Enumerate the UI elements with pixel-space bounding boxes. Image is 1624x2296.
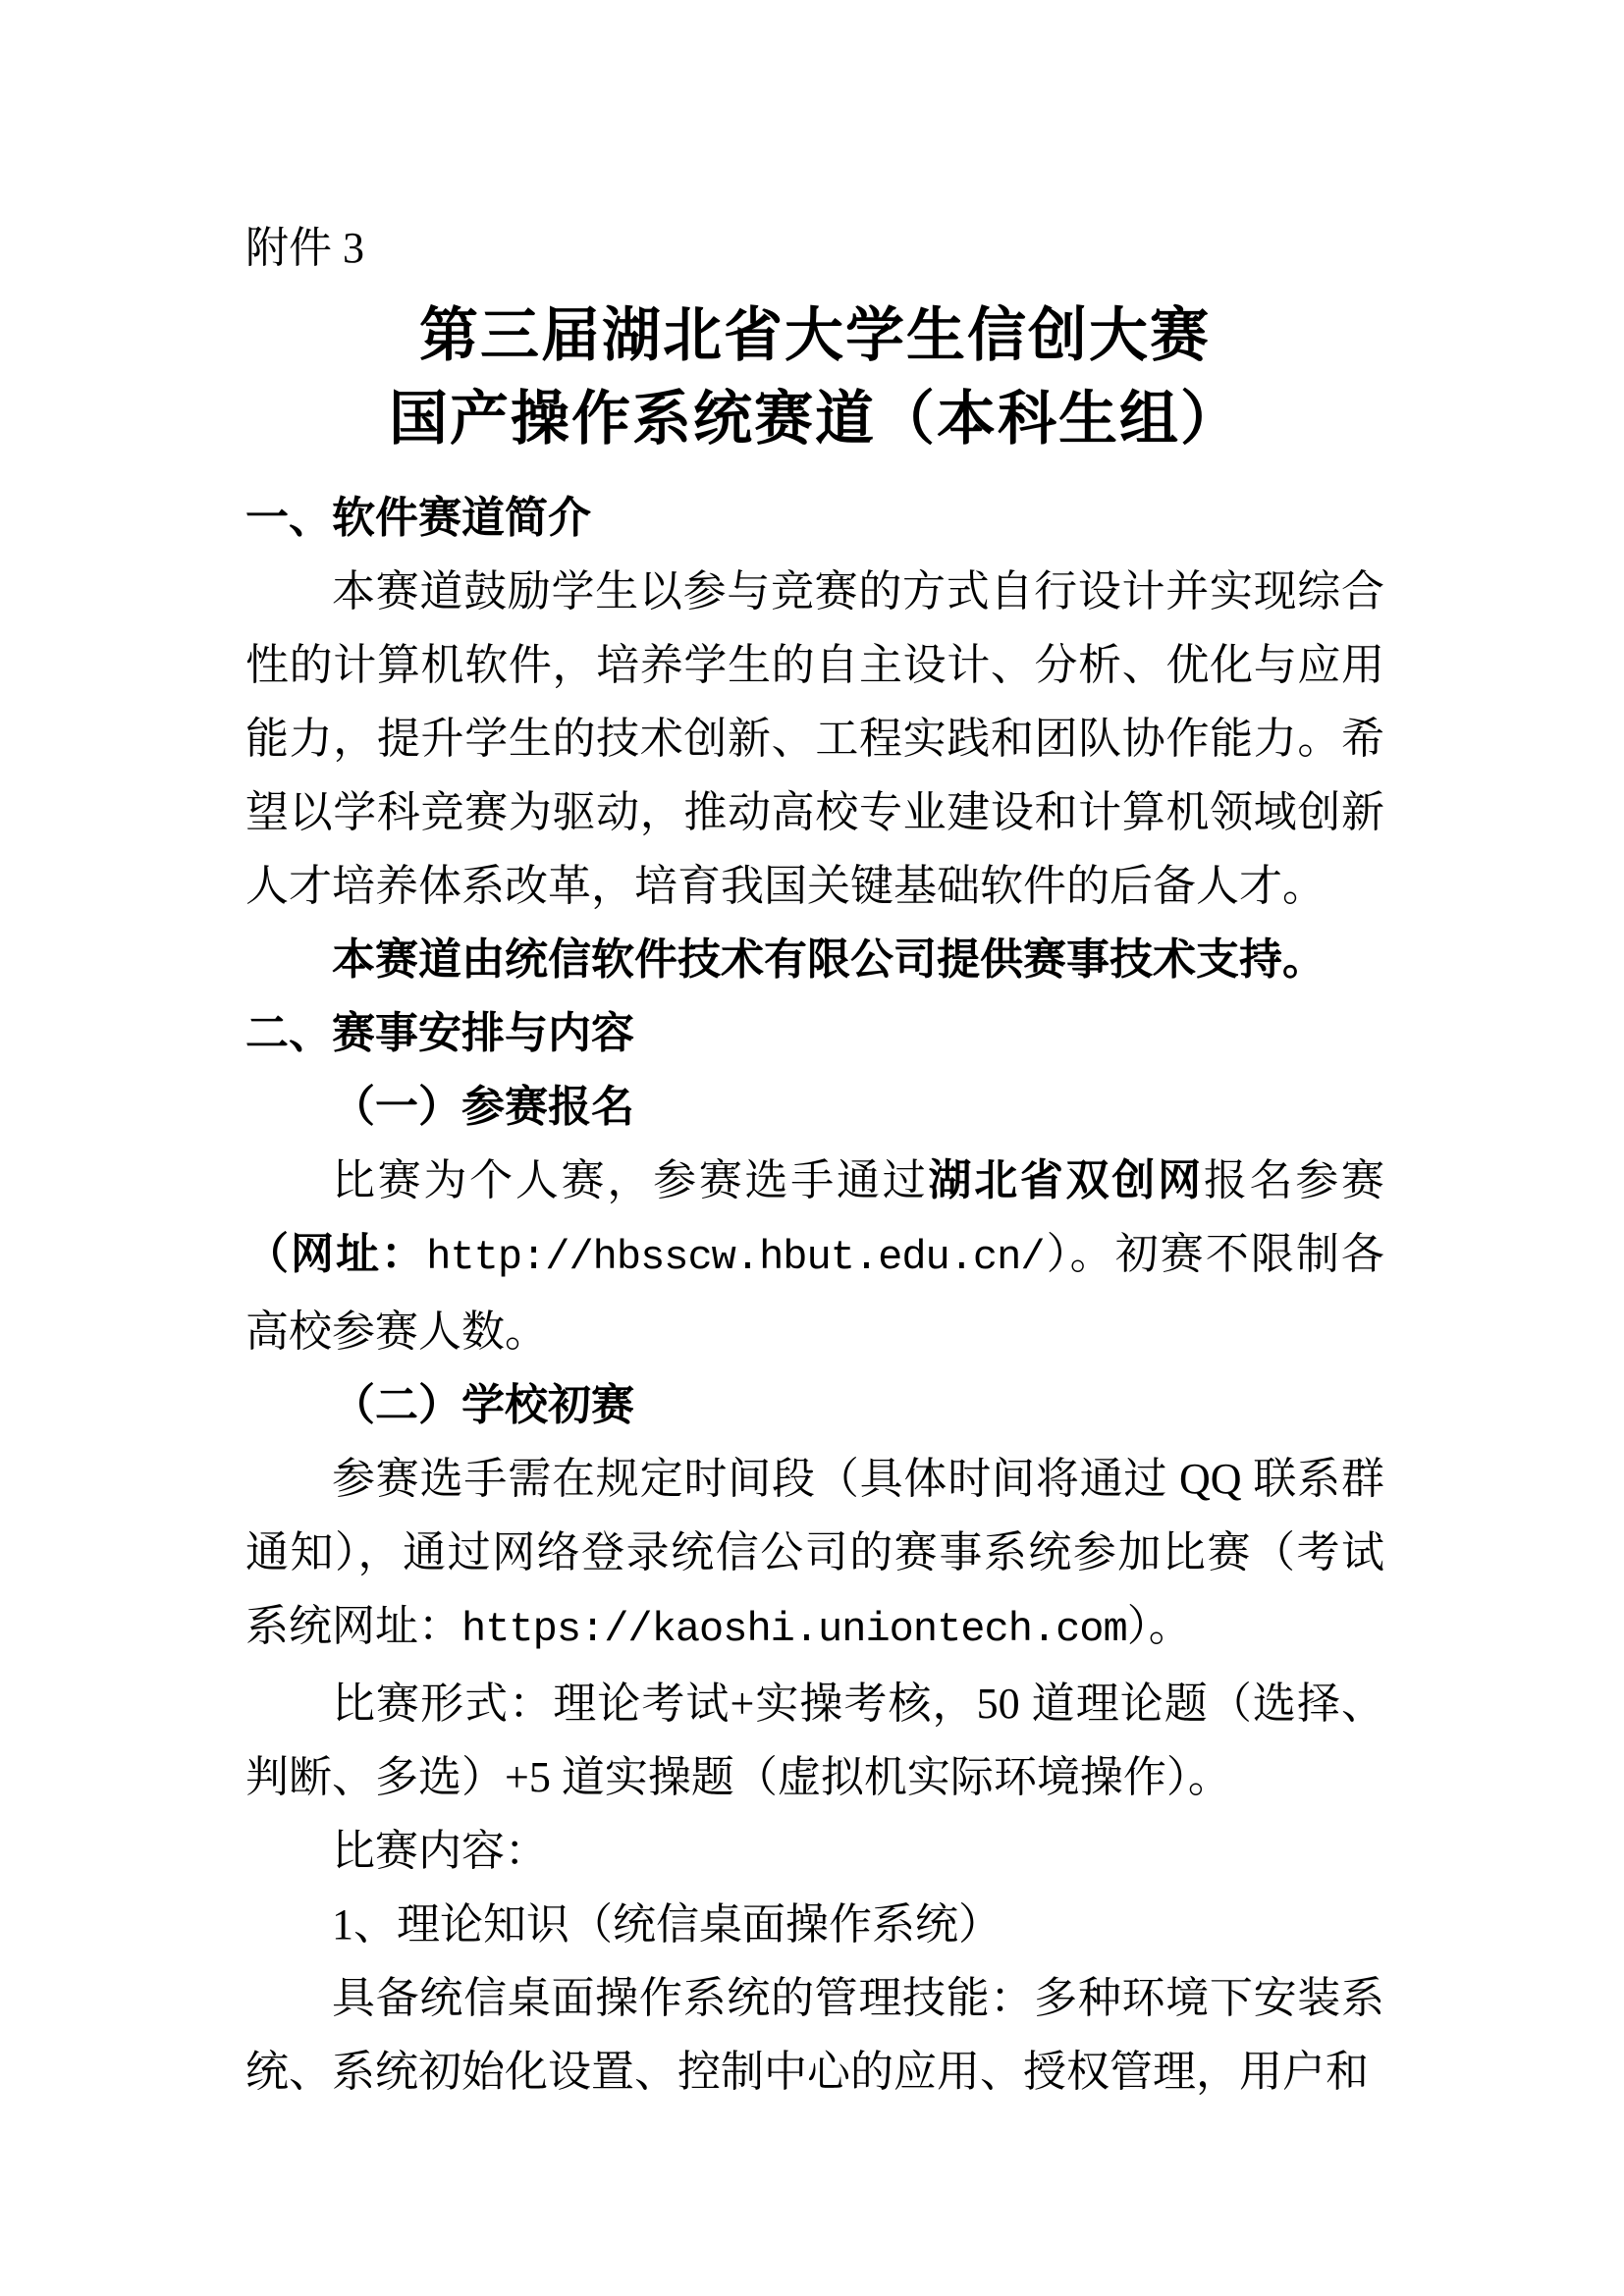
item-1-heading: 1、理论知识（统信桌面操作系统） xyxy=(245,1888,1384,1961)
exam-system-url: https://kaoshi.uniontech.com xyxy=(461,1606,1127,1653)
intro-paragraph: 本赛道鼓励学生以参与竞赛的方式自行设计并实现综合性的计算机软件，培养学生的自主设… xyxy=(245,555,1384,923)
signup-paragraph: 比赛为个人赛，参赛选手通过湖北省双创网报名参赛（网址：http://hbsscw… xyxy=(245,1144,1384,1368)
item-1-paragraph: 具备统信桌面操作系统的管理技能：多种环境下安装系统、系统初始化设置、控制中心的应… xyxy=(245,1961,1384,2109)
title-line-1: 第三届湖北省大学生信创大赛 xyxy=(245,294,1384,378)
attachment-label: 附件 3 xyxy=(245,219,1384,278)
url-label: （网址： xyxy=(245,1230,426,1278)
technical-support-paragraph: 本赛道由统信软件技术有限公司提供赛事技术支持。 xyxy=(245,923,1384,996)
signup-text: 比赛为个人赛，参赛选手通过 xyxy=(332,1156,928,1204)
subsection-2-heading: （二）学校初赛 xyxy=(245,1368,1384,1442)
document-title: 第三届湖北省大学生信创大赛 国产操作系统赛道（本科生组） xyxy=(245,294,1384,461)
platform-name: 湖北省双创网 xyxy=(928,1156,1203,1204)
signup-text: 报名参赛 xyxy=(1204,1156,1384,1204)
section-1-heading: 一、软件赛道简介 xyxy=(245,481,1384,555)
signup-url: http://hbsscw.hbut.edu.cn/ xyxy=(426,1234,1044,1281)
section-2-heading: 二、赛事安排与内容 xyxy=(245,996,1384,1070)
subsection-1-heading: （一）参赛报名 xyxy=(245,1070,1384,1144)
content-label: 比赛内容： xyxy=(245,1814,1384,1888)
title-line-2: 国产操作系统赛道（本科生组） xyxy=(245,378,1384,461)
preliminary-text: ）。 xyxy=(1127,1602,1192,1650)
document-page: 附件 3 第三届湖北省大学生信创大赛 国产操作系统赛道（本科生组） 一、软件赛道… xyxy=(0,0,1624,2296)
preliminary-paragraph: 参赛选手需在规定时间段（具体时间将通过 QQ 联系群通知），通过网络登录统信公司… xyxy=(245,1442,1384,1667)
format-paragraph: 比赛形式：理论考试+实操考核，50 道理论题（选择、判断、多选）+5 道实操题（… xyxy=(245,1667,1384,1814)
